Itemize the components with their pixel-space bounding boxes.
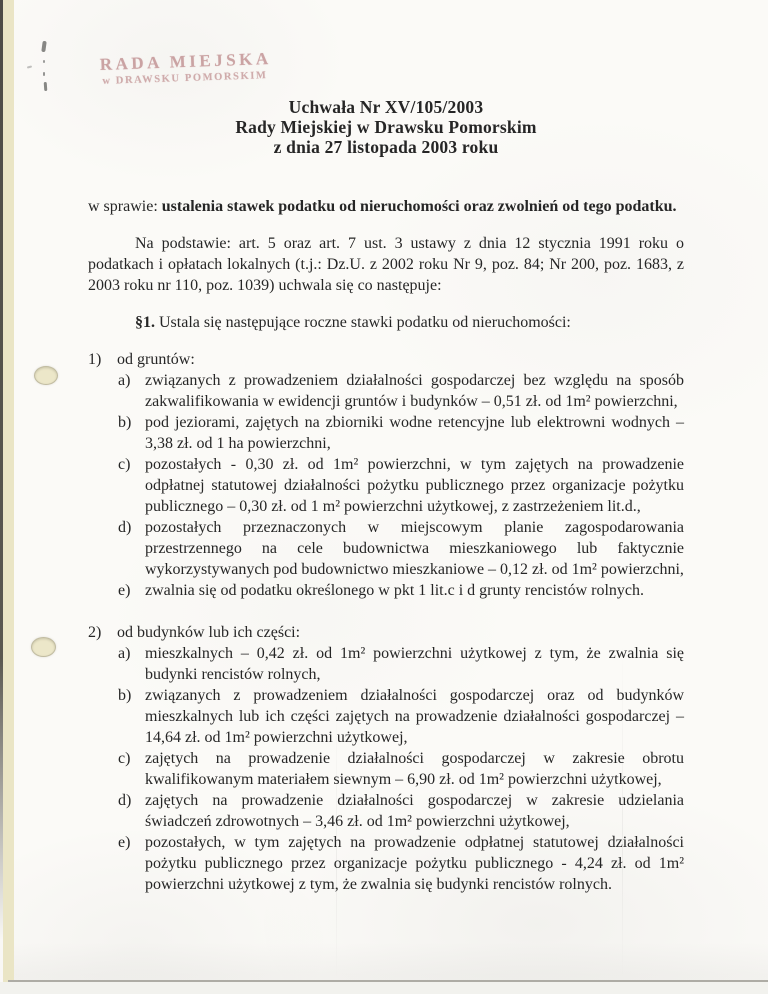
list-group-grounds: 1) od gruntów: a) związanych z prowadzen…: [88, 349, 684, 601]
item-text: zajętych na prowadzenie działalności gos…: [145, 790, 684, 832]
item-text: pod jeziorami, zajętych na zbiorniki wod…: [145, 412, 684, 454]
list-item: e) pozostałych, w tym zajętych na prowad…: [118, 832, 684, 895]
group-marker: 2): [88, 622, 117, 643]
title-resolution-number: Uchwała Nr XV/105/2003: [88, 97, 684, 117]
group-label: od budynków lub ich części:: [117, 622, 300, 643]
document-content: Uchwała Nr XV/105/2003 Rady Miejskiej w …: [88, 0, 684, 895]
scan-bottom-shade: [14, 942, 768, 980]
item-marker: b): [118, 685, 145, 748]
item-marker: c): [118, 748, 145, 790]
item-marker: a): [118, 643, 145, 685]
item-marker: e): [118, 832, 145, 895]
list-item: a) mieszkalnych – 0,42 zł. od 1m² powier…: [118, 643, 684, 685]
item-marker: d): [118, 790, 145, 832]
item-marker: a): [118, 370, 145, 412]
item-marker: e): [118, 580, 145, 601]
hole-punch: [31, 637, 56, 657]
group-label: od gruntów:: [117, 349, 195, 370]
pen-mark: [27, 65, 32, 68]
title-issuing-body: Rady Miejskiej w Drawsku Pomorskim: [88, 117, 684, 137]
list-group-buildings: 2) od budynków lub ich części: a) mieszk…: [88, 622, 684, 895]
list-item: b) pod jeziorami, zajętych na zbiorniki …: [118, 412, 684, 454]
item-text: pozostałych - 0,30 zł. od 1m² powierzchn…: [145, 454, 684, 517]
pen-mark: [44, 82, 48, 91]
item-text: mieszkalnych – 0,42 zł. od 1m² powierzch…: [145, 643, 684, 685]
list-item: e) zwalnia się od podatku określonego w …: [118, 580, 684, 601]
item-text: związanych z prowadzeniem działalności g…: [145, 370, 684, 412]
list-item: c) zajętych na prowadzenie działalności …: [118, 748, 684, 790]
document-title: Uchwała Nr XV/105/2003 Rady Miejskiej w …: [88, 97, 684, 157]
pen-mark: [43, 72, 45, 76]
list-item: b) związanych z prowadzeniem działalnośc…: [118, 685, 684, 748]
list-item: c) pozostałych - 0,30 zł. od 1m² powierz…: [118, 454, 684, 517]
group-heading: 2) od budynków lub ich części:: [88, 622, 684, 643]
item-text: związanych z prowadzeniem działalności g…: [145, 685, 684, 748]
subject-paragraph: w sprawie: ustalenia stawek podatku od n…: [88, 196, 684, 217]
item-text: zwalnia się od podatku określonego w pkt…: [145, 580, 684, 601]
list-item: d) zajętych na prowadzenie działalności …: [118, 790, 684, 832]
scan-bottom-margin: [0, 982, 768, 994]
list-item: a) związanych z prowadzeniem działalnośc…: [118, 370, 684, 412]
pen-mark: [41, 41, 46, 52]
list-item: d) pozostałych przeznaczonych w miejscow…: [118, 517, 684, 580]
item-marker: c): [118, 454, 145, 517]
item-marker: b): [118, 412, 145, 454]
paragraph-1-text: Ustala się następujące roczne stawki pod…: [159, 314, 571, 331]
hole-punch: [34, 366, 58, 385]
paragraph-1: §1. Ustala się następujące roczne stawki…: [88, 312, 684, 333]
item-text: zajętych na prowadzenie działalności gos…: [145, 748, 684, 790]
subject-prefix: w sprawie:: [88, 198, 158, 215]
subject-body: ustalenia stawek podatku od nieruchomośc…: [162, 198, 677, 215]
group-marker: 1): [88, 349, 117, 370]
item-text: pozostałych, w tym zajętych na prowadzen…: [145, 832, 684, 895]
item-marker: d): [118, 517, 145, 580]
scan-left-paper-strip: [3, 0, 14, 982]
group-heading: 1) od gruntów:: [88, 349, 684, 370]
paragraph-1-marker: §1.: [135, 314, 155, 331]
item-text: pozostałych przeznaczonych w miejscowym …: [145, 517, 684, 580]
legal-basis-paragraph: Na podstawie: art. 5 oraz art. 7 ust. 3 …: [88, 233, 684, 296]
pen-mark: [43, 60, 45, 63]
scanned-document-page: RADA MIEJSKA w DRAWSKU POMORSKIM Uchwała…: [0, 0, 768, 994]
title-date: z dnia 27 listopada 2003 roku: [88, 137, 684, 157]
